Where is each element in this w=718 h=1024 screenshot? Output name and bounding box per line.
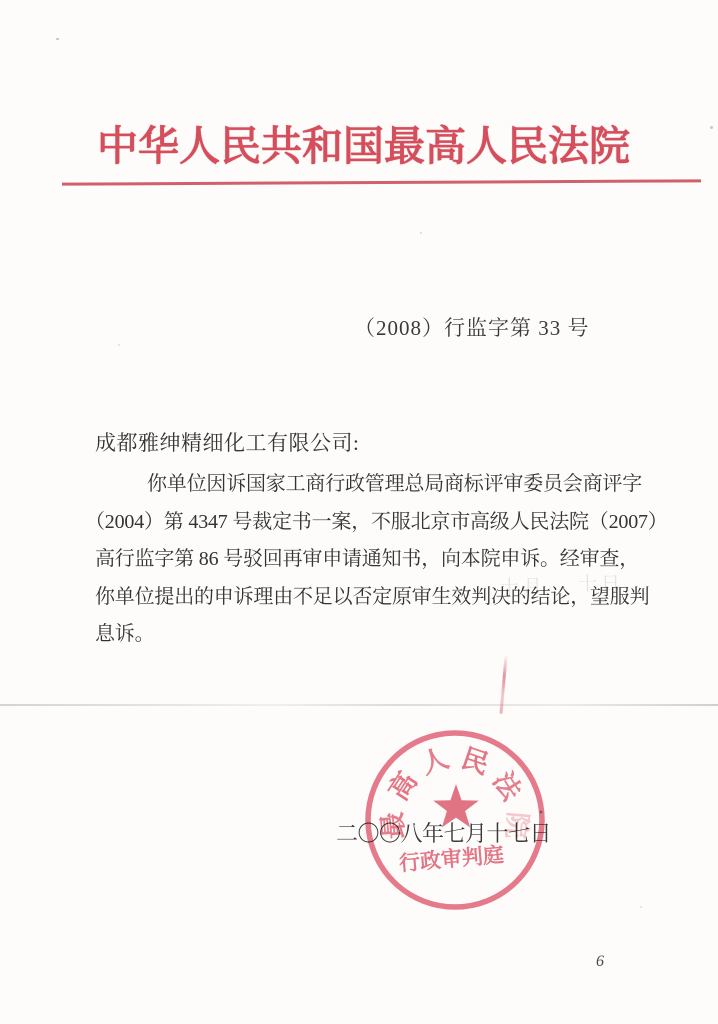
body-line: 你单位因诉国家工商行政管理总局商标评审委员会商评字 — [95, 466, 635, 504]
seal-arc-char: 人 — [417, 743, 452, 780]
letter-body: 你单位因诉国家工商行政管理总局商标评审委员会商评字 （2004）第 4347 号… — [95, 466, 635, 654]
body-line: 你单位提出的申诉理由不足以否定原审生效判决的结论，望服判 — [95, 579, 635, 617]
paper-speck — [56, 38, 59, 40]
body-line: 息诉。 — [95, 616, 635, 654]
seal-arc-char: 法 — [487, 767, 527, 807]
paper-speck — [420, 232, 422, 234]
body-line: （2004）第 4347 号裁定书一案，不服北京市高级人民法院（2007） — [85, 504, 635, 542]
scanned-court-letter: 中华人民共和国最高人民法院 （2008）行监字第 33 号 成都雅绅精细化工有限… — [0, 0, 718, 1024]
ghost-mark: 十日 — [578, 569, 624, 597]
scan-crease-line — [0, 704, 718, 706]
seal-arc-char: 民 — [458, 743, 493, 780]
paper-speck — [710, 126, 713, 129]
court-letterhead-title: 中华人民共和国最高人民法院 — [97, 122, 637, 170]
body-line: 高行监字第 86 号驳回再审申请通知书，向本院申诉。经审查， — [95, 541, 635, 579]
seal-ink-fleck — [540, 811, 543, 814]
paper-speck — [640, 906, 642, 908]
seal-arc-char: 高 — [382, 766, 423, 806]
page-number: 6 — [596, 953, 604, 971]
letterhead-divider-rule — [62, 179, 701, 185]
ghost-mark: 十月 — [500, 572, 546, 600]
letter-date: 二〇〇八年七月十七日 — [336, 817, 551, 848]
paper-speck — [118, 344, 120, 346]
document-number: （2008）行监字第 33 号 — [354, 312, 590, 342]
addressee-line: 成都雅绅精细化工有限公司: — [95, 427, 359, 457]
